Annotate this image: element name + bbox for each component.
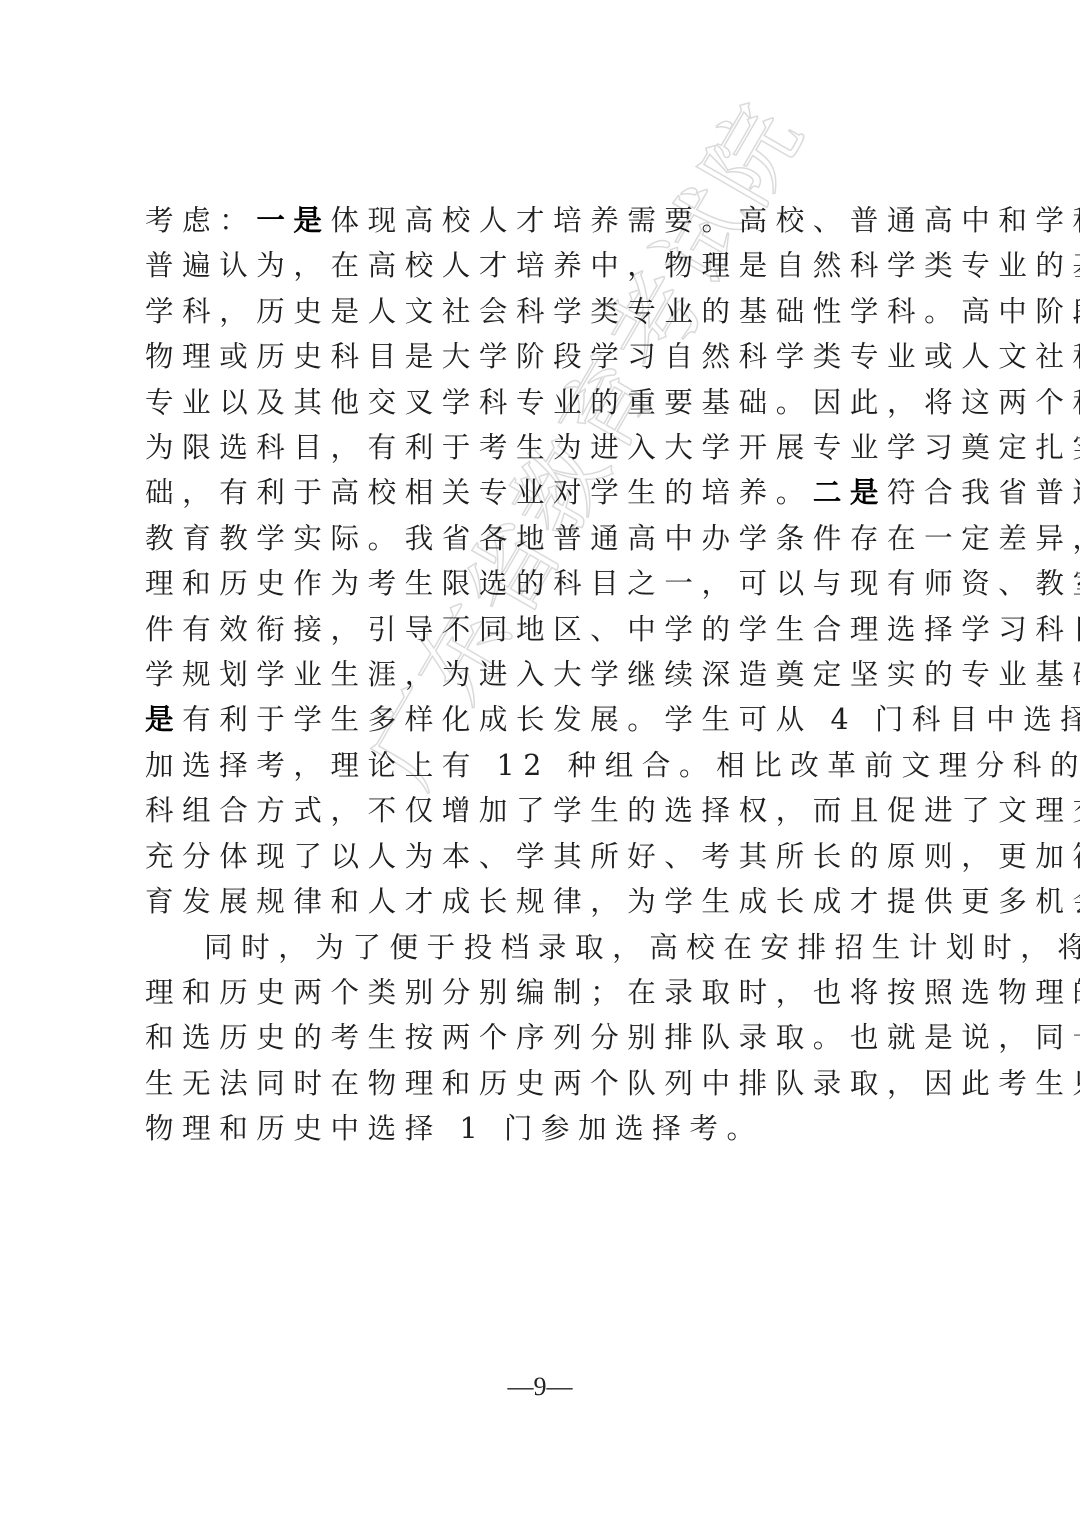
text-segment: 学规划学业生涯，为进入大学继续深造奠定坚实的专业基础。 (145, 658, 1080, 691)
bold-emphasis: 一是 (256, 203, 330, 237)
paragraph: 同时，为了便于投档录取，高校在安排招生计划时，将分物 理和历史两个类别分别编制；… (145, 925, 945, 1152)
text-line: 教育教学实际。我省各地普通高中办学条件存在一定差异，将物 (145, 516, 945, 561)
text-segment: 体现高校人才培养需要。高校、普通高中和学科专家 (331, 204, 1080, 237)
text-segment: 有利于学生多样化成长发展。学生可从 4 门科目中选择 2 门参 (182, 703, 1080, 736)
text-line: 物理或历史科目是大学阶段学习自然科学类专业或人文社科类 (145, 334, 945, 379)
text-line: 础，有利于高校相关专业对学生的培养。二是符合我省普通高中 (145, 470, 945, 515)
paragraph: 考虑：一是体现高校人才培养需要。高校、普通高中和学科专家 普遍认为，在高校人才培… (145, 198, 945, 925)
text-line: 理和历史两个类别分别编制；在录取时，也将按照选物理的考生 (145, 970, 945, 1015)
bold-emphasis: 是 (145, 702, 182, 736)
text-line: 是有利于学生多样化成长发展。学生可从 4 门科目中选择 2 门参 (145, 697, 945, 742)
text-line: 加选择考，理论上有 12 种组合。相比改革前文理分科的两种学 (145, 743, 945, 788)
document-body: 考虑：一是体现高校人才培养需要。高校、普通高中和学科专家 普遍认为，在高校人才培… (145, 198, 945, 1152)
text-line: 育发展规律和人才成长规律，为学生成长成才提供更多机会。 (145, 879, 945, 924)
text-line: 和选历史的考生按两个序列分别排队录取。也就是说，同一名考 (145, 1015, 945, 1060)
text-line: 同时，为了便于投档录取，高校在安排招生计划时，将分物 (145, 925, 945, 970)
text-line: 为限选科目，有利于考生为进入大学开展专业学习奠定扎实基 (145, 425, 945, 470)
text-line: 专业以及其他交叉学科专业的重要基础。因此，将这两个科目作 (145, 380, 945, 425)
bold-emphasis: 二是 (813, 475, 887, 509)
text-line: 学规划学业生涯，为进入大学继续深造奠定坚实的专业基础。三 (145, 652, 945, 697)
text-line: 充分体现了以人为本、学其所好、考其所长的原则，更加符合教 (145, 834, 945, 879)
page-number: —9— (0, 1372, 1080, 1402)
text-line: 生无法同时在物理和历史两个队列中排队录取，因此考生只能从 (145, 1061, 945, 1106)
text-line: 考虑：一是体现高校人才培养需要。高校、普通高中和学科专家 (145, 198, 945, 243)
text-line: 学科，历史是人文社会科学类专业的基础性学科。高中阶段学习 (145, 289, 945, 334)
text-line: 物理和历史中选择 1 门参加选择考。 (145, 1106, 945, 1151)
text-line: 件有效衔接，引导不同地区、中学的学生合理选择学习科目，科 (145, 607, 945, 652)
text-line: 普遍认为，在高校人才培养中，物理是自然科学类专业的基础性 (145, 243, 945, 288)
text-line: 理和历史作为考生限选的科目之一，可以与现有师资、教室等条 (145, 561, 945, 606)
text-segment: 符合我省普通高中 (887, 476, 1080, 509)
text-segment: 考虑： (145, 204, 256, 237)
text-segment: 础，有利于高校相关专业对学生的培养。 (145, 476, 813, 509)
text-line: 科组合方式，不仅增加了学生的选择权，而且促进了文理交融， (145, 788, 945, 833)
document-page: 广东省教育考试院 考虑：一是体现高校人才培养需要。高校、普通高中和学科专家 普遍… (0, 0, 1080, 1527)
